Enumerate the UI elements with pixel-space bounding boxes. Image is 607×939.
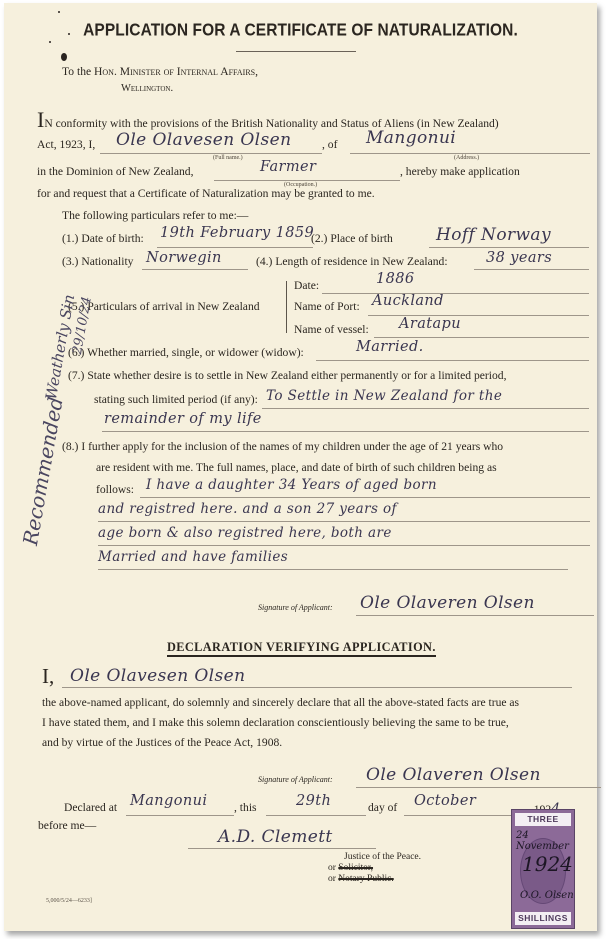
naturalization-application-form: APPLICATION FOR A CERTIFICATE OF NATURAL… [4,3,597,931]
q6-label: (6.) Whether married, single, or widower… [68,346,304,359]
children-field-line2 [98,521,590,522]
arrival-date-label: Date: [294,279,319,292]
declared-at-entry: Mangonui [130,793,207,809]
before-me-label: before me— [38,819,96,832]
date-of-birth-entry: 19th February 1859 [160,225,314,241]
children-field-line3 [98,545,590,546]
jp-title: Justice of the Peace. [344,852,421,862]
children-entry-line3: age born & also registred here, both are [98,525,392,541]
margin-note-recommended: Recommended [18,395,68,547]
residence-field-line [474,269,589,270]
full-name-caption: (Full name.) [213,155,243,161]
stamp-top-label: THREE [515,813,571,826]
declared-at-field-line [126,815,234,816]
q3-label: (3.) Nationality [62,255,133,268]
q2-label: (2.) Place of birth [311,232,393,245]
settle-field-line2 [102,431,589,432]
declaration-line1: the above-named applicant, do solemnly a… [42,696,519,709]
form-title: APPLICATION FOR A CERTIFICATE OF NATURAL… [4,21,597,42]
signature-label-1: Signature of Applicant: [258,603,333,612]
children-field-line4 [98,569,568,570]
declarant-name-entry: Ole Olavesen Olsen [70,666,245,686]
full-name-field-line [100,153,322,154]
ink-speck [58,11,60,13]
intro-line3-label: in the Dominion of New Zealand, [37,165,193,178]
declaration-line2: I have stated them, and I make this sole… [42,716,509,729]
declarant-name-field-line [62,687,572,688]
title-rule [236,51,356,52]
settle-field-line1 [262,408,589,409]
arrival-vessel-entry: Aratapu [399,316,461,332]
signature-field-line-1 [356,615,594,616]
print-code: 5,000/5/24—6233] [46,898,92,904]
day-of-label: day of [368,801,397,814]
jp-signature: A.D. Clemett [218,827,333,847]
children-entry-line2: and registred here. and a son 27 years o… [98,501,397,517]
signature-field-line-2 [356,787,601,788]
nationality-entry: Norwegin [146,250,222,266]
arrival-vessel-label: Name of vessel: [294,323,369,336]
declared-day-entry: 29th [296,793,331,809]
addressee-line1: To the Hon. Minister of Internal Affairs… [62,65,258,78]
ink-blot [61,53,67,61]
occupation-field-line [214,180,400,181]
q8-line2: are resident with me. The full names, pl… [96,461,497,474]
address-caption: (Address.) [454,155,479,161]
this-label: , this [234,801,257,814]
arrival-date-field-line [322,293,589,294]
pob-field-line [429,247,589,248]
declared-month-entry: October [414,793,476,809]
length-of-residence-entry: 38 years [486,250,552,266]
q8-line1: (8.) I further apply for the inclusion o… [62,440,503,453]
address-field-line [350,153,590,154]
address-entry: Mangonui [366,128,456,148]
jp-signature-field-line [188,848,376,849]
applicant-signature-1: Ole Olaveren Olsen [360,593,535,613]
jp-solicitor-struck: or Solicitor, [328,863,373,873]
children-entry-line1: I have a daughter 34 Years of aged born [146,477,437,493]
declaration-I: I, [42,664,54,689]
arrival-vessel-field-line [374,337,589,338]
of-label: , of [322,138,337,151]
settle-period-entry-line2: remainder of my life [104,411,262,427]
children-field-line1 [140,497,590,498]
arrival-port-label: Name of Port: [294,300,360,313]
full-name-entry: Ole Olavesen Olsen [116,130,291,150]
particulars-heading: The following particulars refer to me:— [62,209,248,222]
q4-label: (4.) Length of residence in New Zealand: [256,255,448,268]
applicant-signature-2: Ole Olaveren Olsen [366,765,541,785]
dob-field-line [157,247,313,248]
arrival-date-entry: 1886 [376,271,415,287]
declared-at-label: Declared at [64,801,117,814]
stamp-bottom-label: SHILLINGS [515,912,571,925]
q7-line1: (7.) State whether desire is to settle i… [68,369,506,382]
place-of-birth-entry: Hoff Norway [436,225,551,245]
stamp-cancel-line3: O.O. Olsen [520,890,574,901]
arrival-port-entry: Auckland [372,293,444,309]
declaration-line3: and by virtue of the Justices of the Pea… [42,736,282,749]
intro-line3-suffix: , hereby make application [400,165,520,178]
q7-line2: stating such limited period (if any): [94,393,258,406]
q5-brace [286,281,287,333]
declaration-heading: DECLARATION VERIFYING APPLICATION. [167,638,436,656]
nationality-field-line [142,269,248,270]
revenue-stamp: THREE SHILLINGS 24 November 1924 O.O. Ol… [511,809,575,929]
jp-notary-struck: or Notary Public. [328,874,394,884]
addressee-line2: Wellington. [121,83,173,94]
stamp-cancel-line1: 24 November [516,830,574,852]
q1-label: (1.) Date of birth: [62,232,144,245]
intro-line2-label: Act, 1923, I, [37,138,95,151]
marital-status-field-line [316,360,589,361]
occupation-entry: Farmer [260,159,316,175]
declared-day-field-line [266,815,366,816]
stamp-cancel-line2: 1924 [522,852,573,876]
signature-label-2: Signature of Applicant: [258,775,333,784]
intro-line4: for and request that a Certificate of Na… [37,187,375,200]
q5-label: (5.) Particulars of arrival in New Zeala… [68,300,260,313]
marital-status-entry: Married. [356,339,424,355]
q8-line3: follows: [96,483,134,496]
children-entry-line4: Married and have families [98,549,288,565]
settle-period-entry-line1: To Settle in New Zealand for the [266,388,502,404]
